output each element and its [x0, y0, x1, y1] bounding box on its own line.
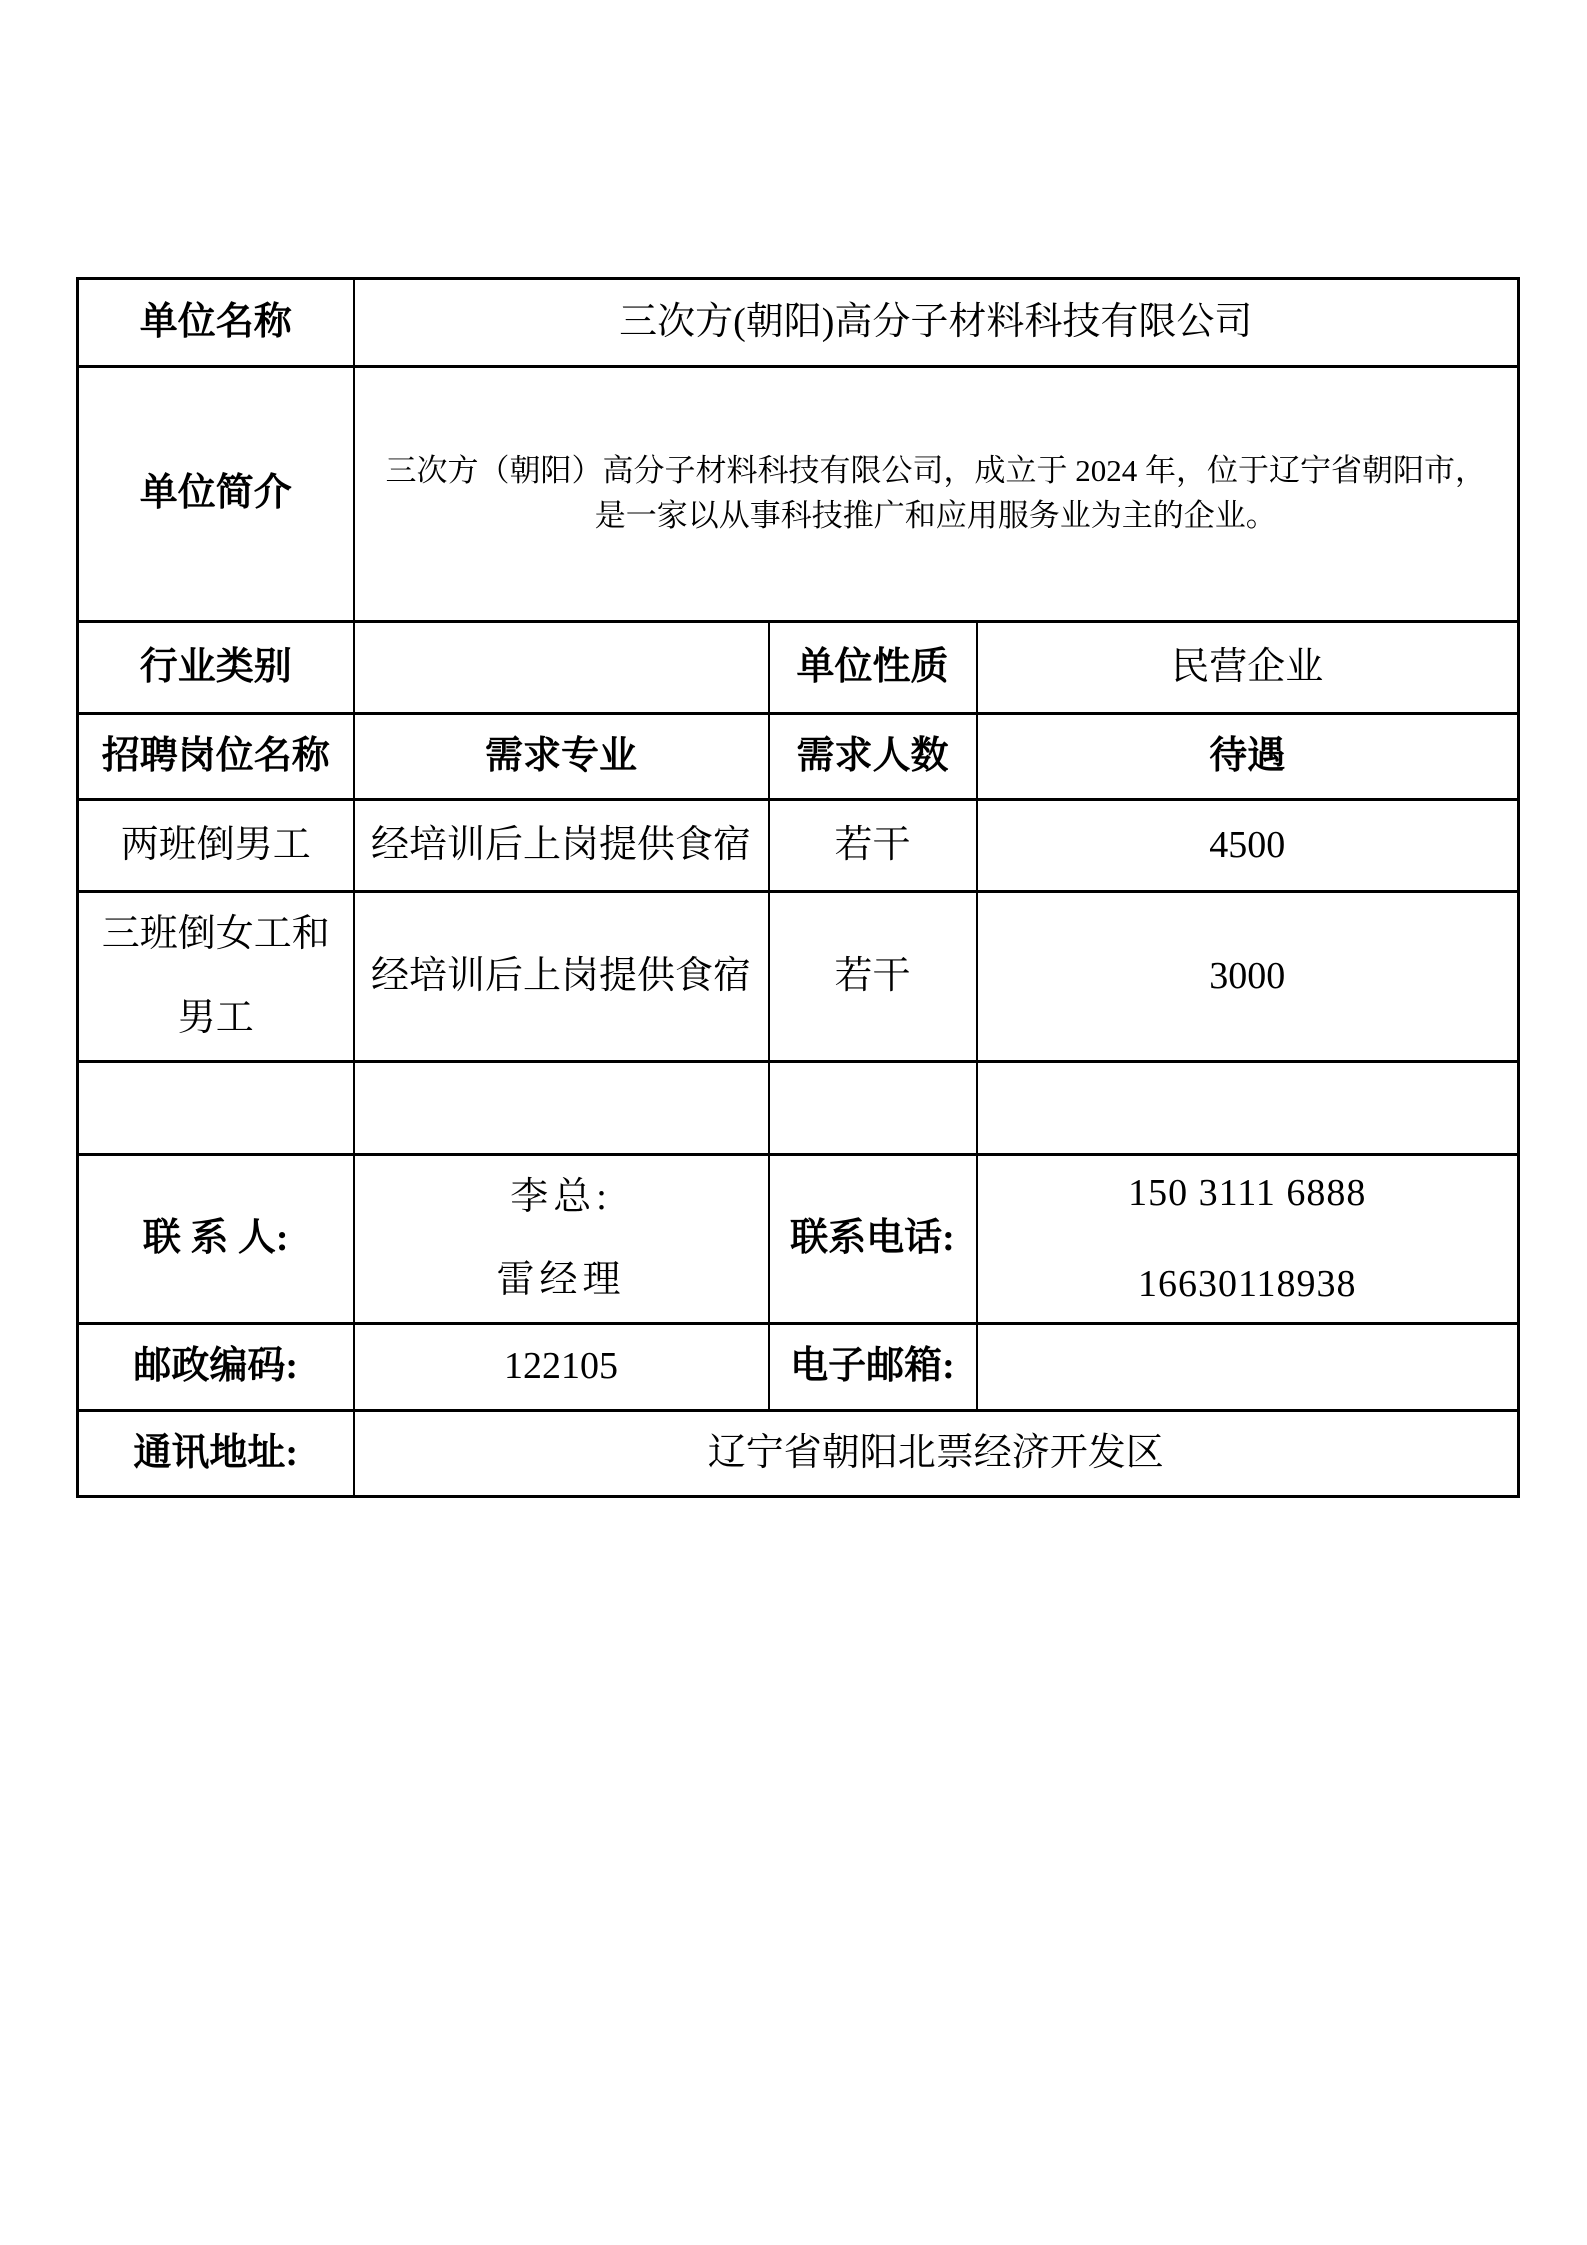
job-count-cell	[769, 1062, 977, 1155]
job-position-cell: 三班倒女工和 男工	[78, 892, 354, 1062]
contact-phone-label: 联系电话:	[769, 1155, 977, 1324]
job-header-count: 需求人数	[769, 714, 977, 800]
industry-nature-row: 行业类别 单位性质 民营企业	[78, 622, 1519, 714]
contact-phone-value: 150 3111 6888 16630118938	[977, 1155, 1519, 1324]
unit-intro-value: 三次方（朝阳）高分子材料科技有限公司，成立于 2024 年，位于辽宁省朝阳市， …	[354, 367, 1519, 622]
unit-name-label: 单位名称	[78, 279, 354, 367]
address-label: 通讯地址:	[78, 1411, 354, 1497]
job-position-line-2: 男工	[178, 995, 254, 1043]
unit-intro-line-2: 是一家以从事科技推广和应用服务业为主的企业。	[371, 494, 1502, 539]
recruitment-info-table: 单位名称 三次方(朝阳)高分子材料科技有限公司 单位简介 三次方（朝阳）高分子材…	[76, 277, 1520, 1498]
document-page: 单位名称 三次方(朝阳)高分子材料科技有限公司 单位简介 三次方（朝阳）高分子材…	[0, 0, 1587, 2245]
job-count-cell: 若干	[769, 800, 977, 892]
job-row-1: 两班倒男工 经培训后上岗提供食宿 若干 4500	[78, 800, 1519, 892]
industry-value	[354, 622, 769, 714]
contact-person-line-1: 李总:	[510, 1174, 612, 1222]
job-salary-cell: 4500	[977, 800, 1519, 892]
contact-phone-line-2: 16630118938	[1138, 1261, 1357, 1309]
job-count-cell: 若干	[769, 892, 977, 1062]
job-position-line-1: 三班倒女工和	[102, 911, 330, 959]
unit-intro-row: 单位简介 三次方（朝阳）高分子材料科技有限公司，成立于 2024 年，位于辽宁省…	[78, 367, 1519, 622]
job-major-cell	[354, 1062, 769, 1155]
address-value: 辽宁省朝阳北票经济开发区	[354, 1411, 1519, 1497]
email-value	[977, 1324, 1519, 1411]
job-salary-cell	[977, 1062, 1519, 1155]
unit-name-value: 三次方(朝阳)高分子材料科技有限公司	[354, 279, 1519, 367]
job-major-cell: 经培训后上岗提供食宿	[354, 800, 769, 892]
job-position-lines: 三班倒女工和 男工	[79, 911, 353, 1042]
postal-code-value: 122105	[354, 1324, 769, 1411]
job-header-position: 招聘岗位名称	[78, 714, 354, 800]
contact-person-line-2: 雷经理	[496, 1257, 625, 1305]
job-header-major: 需求专业	[354, 714, 769, 800]
job-major-cell: 经培训后上岗提供食宿	[354, 892, 769, 1062]
unit-name-row: 单位名称 三次方(朝阳)高分子材料科技有限公司	[78, 279, 1519, 367]
job-position-cell: 两班倒男工	[78, 800, 354, 892]
unit-intro-label: 单位简介	[78, 367, 354, 622]
postal-email-row: 邮政编码: 122105 电子邮箱:	[78, 1324, 1519, 1411]
industry-label: 行业类别	[78, 622, 354, 714]
job-row-empty	[78, 1062, 1519, 1155]
email-label: 电子邮箱:	[769, 1324, 977, 1411]
unit-intro-line-1: 三次方（朝阳）高分子材料科技有限公司，成立于 2024 年，位于辽宁省朝阳市，	[371, 449, 1502, 494]
contact-person-label: 联 系 人:	[78, 1155, 354, 1324]
job-salary-cell: 3000	[977, 892, 1519, 1062]
contact-row: 联 系 人: 李总: 雷经理 联系电话: 150 3111 6888 16630…	[78, 1155, 1519, 1324]
contact-person-value: 李总: 雷经理	[354, 1155, 769, 1324]
job-header-salary: 待遇	[977, 714, 1519, 800]
job-header-row: 招聘岗位名称 需求专业 需求人数 待遇	[78, 714, 1519, 800]
unit-nature-value: 民营企业	[977, 622, 1519, 714]
contact-person-lines: 李总: 雷经理	[355, 1174, 768, 1305]
unit-nature-label: 单位性质	[769, 622, 977, 714]
contact-phone-lines: 150 3111 6888 16630118938	[978, 1170, 1518, 1309]
contact-phone-line-1: 150 3111 6888	[1128, 1170, 1366, 1218]
address-row: 通讯地址: 辽宁省朝阳北票经济开发区	[78, 1411, 1519, 1497]
job-position-cell	[78, 1062, 354, 1155]
postal-code-label: 邮政编码:	[78, 1324, 354, 1411]
job-row-2: 三班倒女工和 男工 经培训后上岗提供食宿 若干 3000	[78, 892, 1519, 1062]
